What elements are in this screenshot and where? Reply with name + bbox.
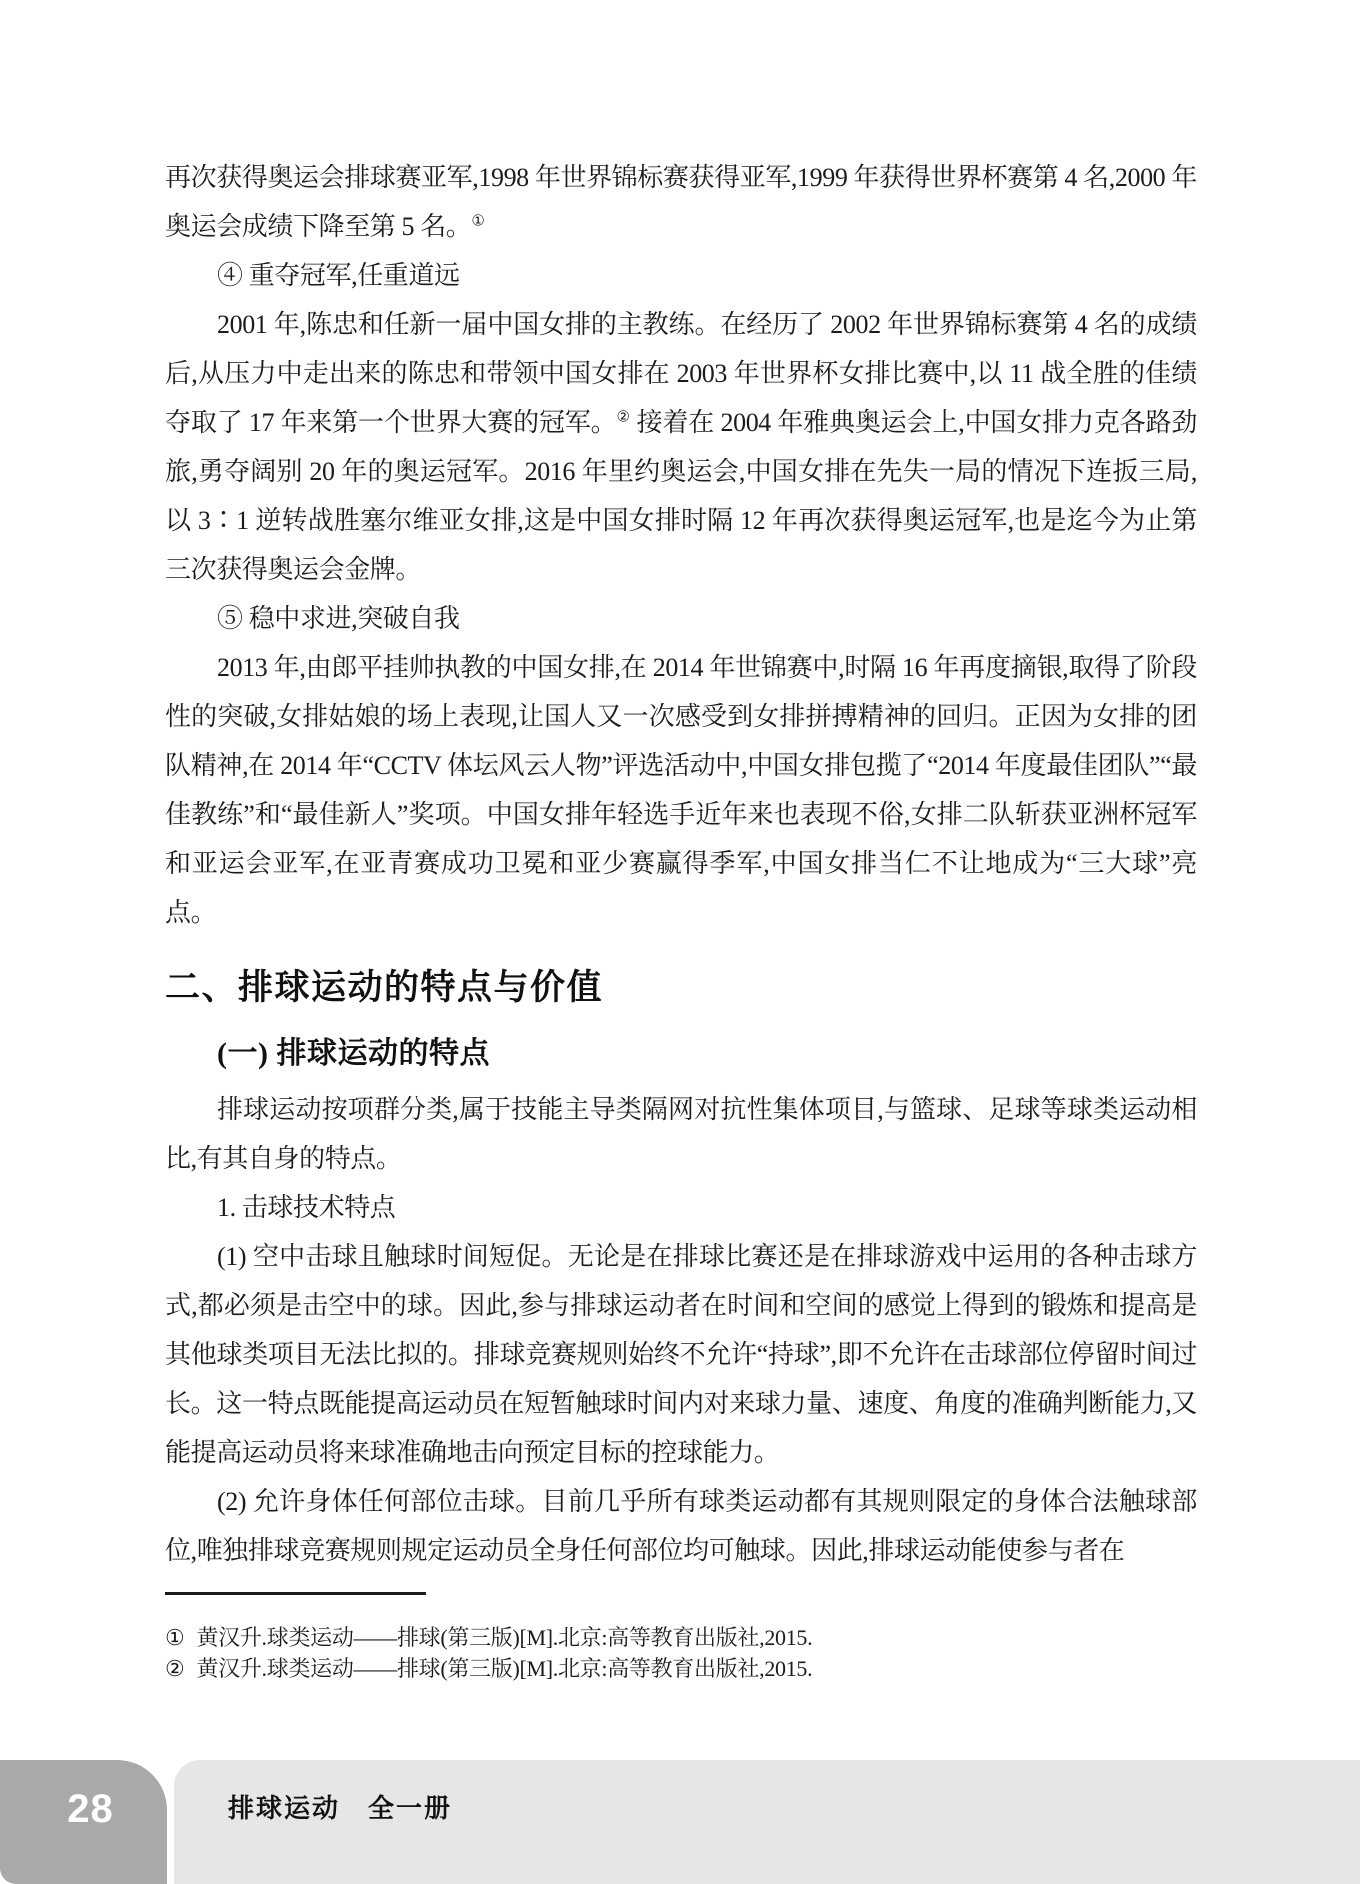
footnotes: ①黄汉升.球类运动——排球(第三版)[M].北京:高等教育出版社,2015. ②… — [165, 1622, 1197, 1684]
book-title: 排球运动 全一册 — [228, 1794, 452, 1822]
page-number-tab: 28 — [0, 1760, 167, 1884]
subsection-heading: (一) 排球运动的特点 — [217, 1034, 490, 1073]
body-text-lower: 排球运动按项群分类,属于技能主导类隔网对抗性集体项目,与篮球、足球等球类运动相比… — [165, 1085, 1197, 1575]
page-number: 28 — [67, 1787, 114, 1832]
footnote-2-text: 黄汉升.球类运动——排球(第三版)[M].北京:高等教育出版社,2015. — [196, 1656, 812, 1681]
subitem-5-title: ⑤ 稳中求进,突破自我 — [165, 594, 1197, 643]
paragraph-2001-champion: 2001 年,陈忠和任新一届中国女排的主教练。在经历了 2002 年世界锦标赛第… — [165, 300, 1197, 594]
subitem-4-title: ④ 重夺冠军,任重道远 — [165, 251, 1197, 300]
footnote-2: ②黄汉升.球类运动——排球(第三版)[M].北京:高等教育出版社,2015. — [165, 1653, 1197, 1684]
paragraph-olympic-results: 再次获得奥运会排球赛亚军,1998 年世界锦标赛获得亚军,1999 年获得世界杯… — [165, 153, 1197, 251]
paragraph-characteristics-intro: 排球运动按项群分类,属于技能主导类隔网对抗性集体项目,与篮球、足球等球类运动相比… — [165, 1085, 1197, 1183]
paragraph-2013-team: 2013 年,由郎平挂帅执教的中国女排,在 2014 年世锦赛中,时隔 16 年… — [165, 643, 1197, 937]
paragraph-text: 再次获得奥运会排球赛亚军,1998 年世界锦标赛获得亚军,1999 年获得世界杯… — [165, 163, 1197, 241]
footnote-divider — [165, 1592, 426, 1595]
footnote-ref-1: ① — [471, 213, 484, 229]
paragraph-point-1: (1) 空中击球且触球时间短促。无论是在排球比赛还是在排球游戏中运用的各种击球方… — [165, 1232, 1197, 1477]
footnote-2-marker: ② — [165, 1653, 184, 1684]
list-item-1-title: 1. 击球技术特点 — [165, 1183, 1197, 1232]
footnote-1-text: 黄汉升.球类运动——排球(第三版)[M].北京:高等教育出版社,2015. — [196, 1625, 812, 1650]
footnote-1-marker: ① — [165, 1622, 184, 1653]
textbook-page: 再次获得奥运会排球赛亚军,1998 年世界锦标赛获得亚军,1999 年获得世界杯… — [0, 0, 1360, 1884]
paragraph-point-2: (2) 允许身体任何部位击球。目前几乎所有球类运动都有其规则限定的身体合法触球部… — [165, 1477, 1197, 1575]
section-heading: 二、排球运动的特点与价值 — [165, 966, 603, 1010]
body-text-upper: 再次获得奥运会排球赛亚军,1998 年世界锦标赛获得亚军,1999 年获得世界杯… — [165, 153, 1197, 937]
footnote-1: ①黄汉升.球类运动——排球(第三版)[M].北京:高等教育出版社,2015. — [165, 1622, 1197, 1653]
footnote-ref-2: ② — [617, 409, 631, 425]
